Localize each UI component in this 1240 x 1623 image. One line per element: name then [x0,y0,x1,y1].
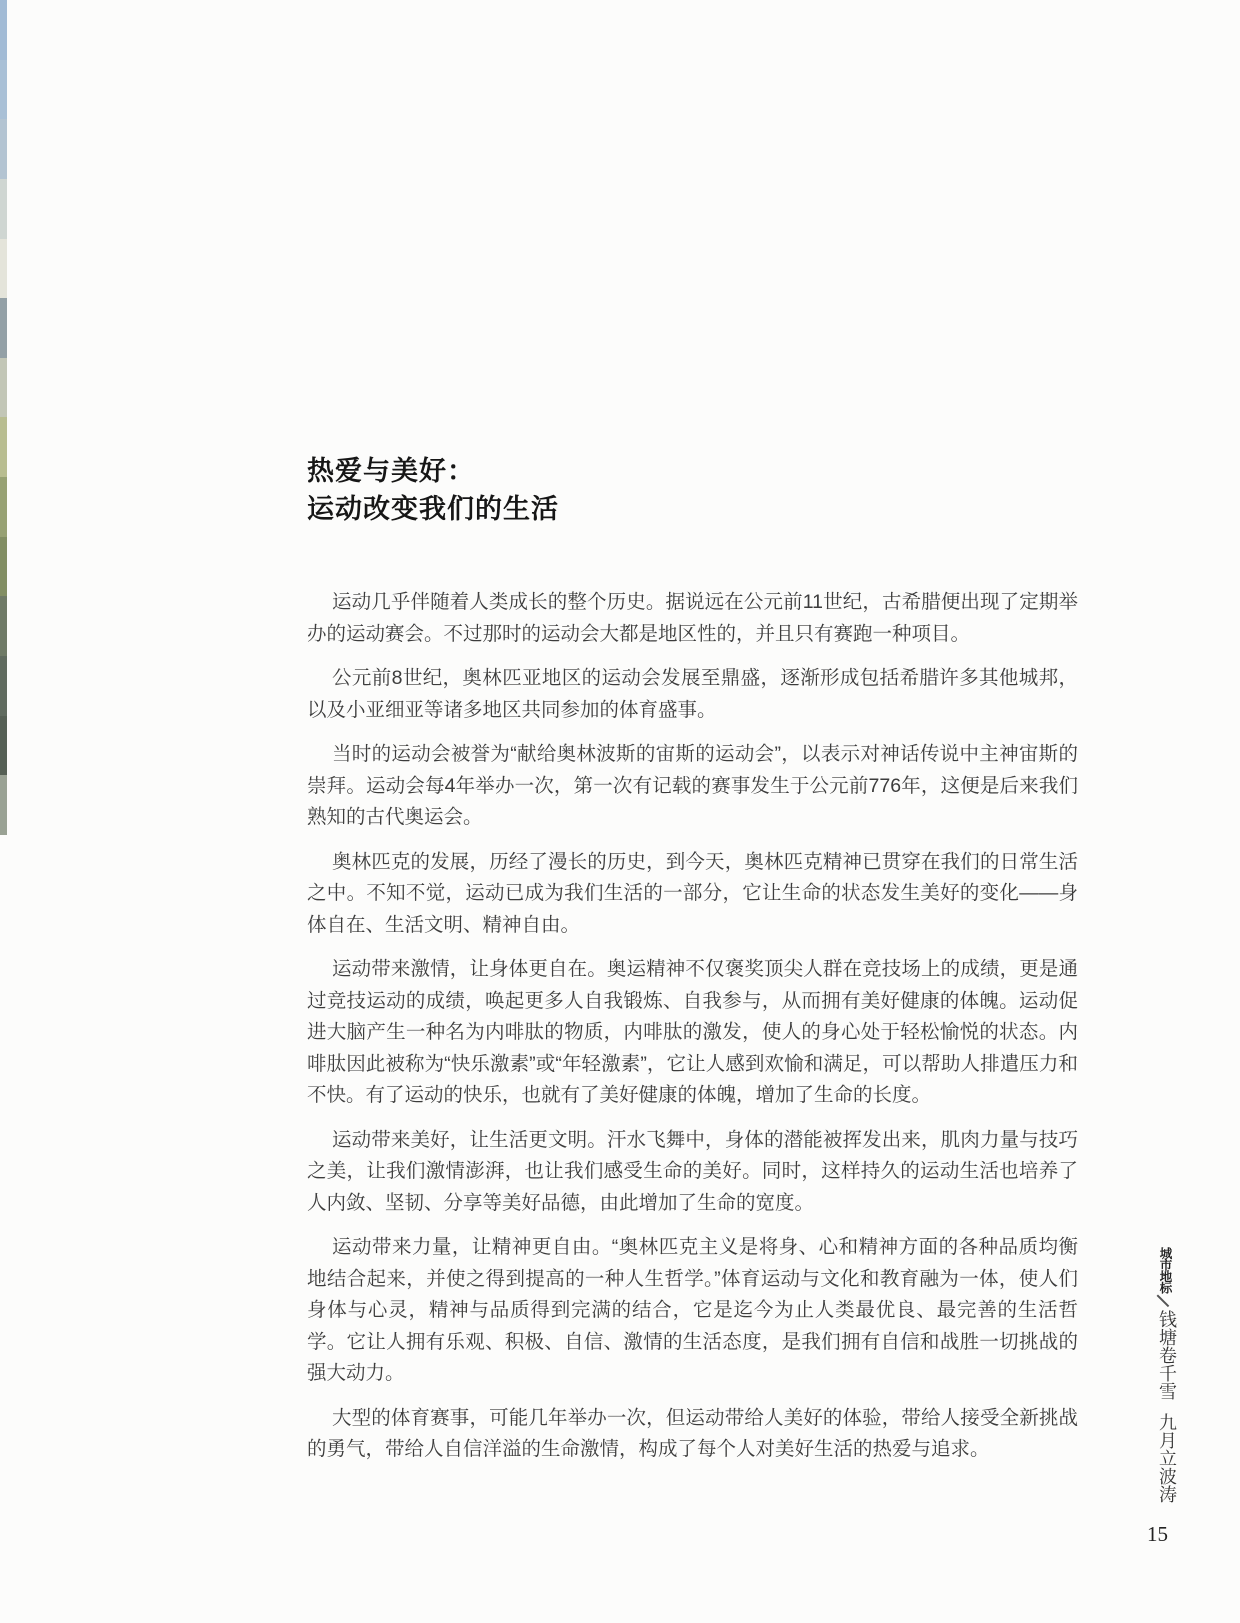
edge-strip-segment [0,358,7,418]
article-title: 热爱与美好：运动改变我们的生活 [307,452,1078,528]
edge-strip-segment [0,119,7,179]
paragraph: 运动带来美好，让生活更文明。汗水飞舞中，身体的潜能被挥发出来，肌肉力量与技巧之美… [307,1125,1078,1220]
edge-strip-segment [0,298,7,358]
article-body: 运动几乎伴随着人类成长的整个历史。据说远在公元前11世纪，古希腊便出现了定期举办… [307,587,1078,1466]
article-title-line2: 运动改变我们的生活 [307,494,559,524]
paragraph: 运动带来力量，让精神更自由。“奥林匹克主义是将身、心和精神方面的各种品质均衡地结… [307,1232,1078,1390]
facing-page-edge-strip [0,0,7,835]
paragraph: 公元前8世纪，奥林匹亚地区的运动会发展至鼎盛，逐渐形成包括希腊许多其他城邦，以及… [307,663,1078,726]
paragraph: 运动带来激情，让身体更自在。奥运精神不仅褒奖顶尖人群在竞技场上的成绩，更是通过竞… [307,954,1078,1112]
edge-strip-segment [0,716,7,776]
article-title-line1: 热爱与美好： [307,456,475,486]
edge-strip-segment [0,179,7,239]
paragraph: 奥林匹克的发展，历经了漫长的历史，到今天，奥林匹克精神已贯穿在我们的日常生活之中… [307,847,1078,942]
paragraph: 大型的体育赛事，可能几年举办一次，但运动带给人美好的体验，带给人接受全新挑战的勇… [307,1403,1078,1466]
edge-strip-segment [0,596,7,656]
sidebar-volume-title: 钱塘卷千雪 [1154,1310,1180,1400]
book-page: 热爱与美好：运动改变我们的生活 运动几乎伴随着人类成长的整个历史。据说远在公元前… [0,0,1240,1623]
diagonal-separator-icon [1157,1295,1169,1307]
edge-strip-segment [0,60,7,120]
edge-strip-segment [0,537,7,597]
article: 热爱与美好：运动改变我们的生活 运动几乎伴随着人类成长的整个历史。据说远在公元前… [307,452,1078,1479]
page-number: 15 [1147,1522,1168,1547]
paragraph: 当时的运动会被誉为“献给奥林波斯的宙斯的运动会”，以表示对神话传说中主神宙斯的崇… [307,739,1078,834]
edge-strip-segment [0,477,7,537]
edge-strip-segment [0,417,7,477]
sidebar-chapter-title: 九月立波涛 [1154,1413,1180,1503]
edge-strip-segment [0,775,7,835]
paragraph: 运动几乎伴随着人类成长的整个历史。据说远在公元前11世纪，古希腊便出现了定期举办… [307,587,1078,650]
edge-strip-segment [0,0,7,60]
sidebar-series-label: 城市地标 [1156,1247,1174,1293]
edge-strip-segment [0,239,7,299]
edge-strip-segment [0,656,7,716]
